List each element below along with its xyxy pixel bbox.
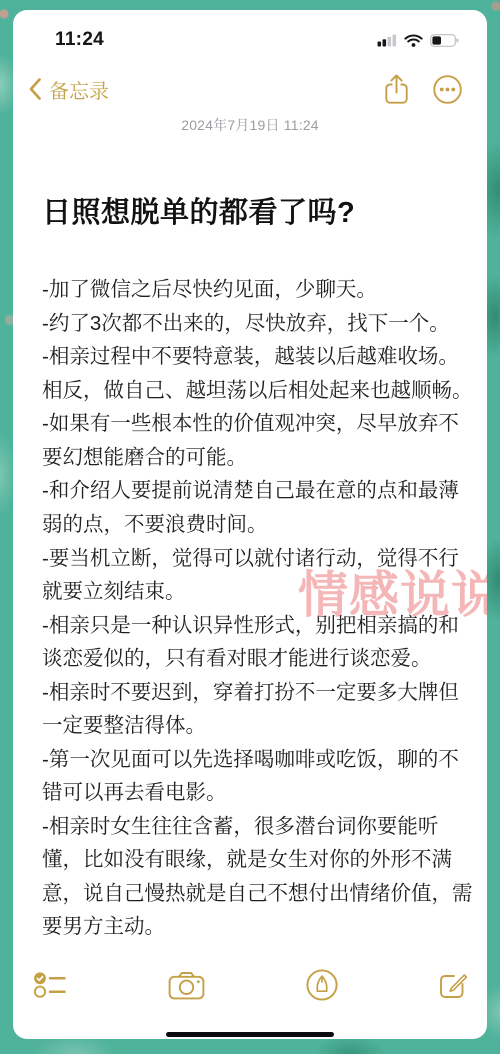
back-button[interactable]: 备忘录 — [28, 75, 109, 104]
status-bar: 11:24 — [13, 10, 487, 54]
note-paragraph: -约了3次都不出来的，尽快放弃，找下一个。 — [42, 307, 473, 341]
share-icon — [383, 73, 410, 106]
camera-button[interactable] — [168, 970, 205, 1000]
note-body: -加了微信之后尽快约见面，少聊天。-约了3次都不出来的，尽快放弃，找下一个。-相… — [42, 273, 473, 944]
cell-signal-icon — [377, 34, 397, 47]
clock-time: 11:24 — [55, 29, 104, 51]
bottom-toolbar — [13, 967, 487, 1003]
note-paragraph: -第一次见面可以先选择喝咖啡或吃饭，聊的不错可以再去看电影。 — [42, 743, 473, 810]
nav-bar: 备忘录 — [13, 70, 487, 108]
battery-icon — [430, 34, 459, 47]
note-paragraph: -相亲时不要迟到，穿着打扮不一定要多大牌但一定要整洁得体。 — [42, 676, 473, 743]
compose-button[interactable] — [438, 970, 469, 1001]
share-button[interactable] — [383, 73, 410, 106]
note-paragraph: -加了微信之后尽快约见面，少聊天。 — [42, 273, 473, 307]
checklist-button[interactable] — [33, 970, 69, 1000]
home-indicator[interactable] — [166, 1032, 334, 1037]
notes-app-screen: 11:24 — [13, 10, 487, 1039]
markup-pen-icon — [305, 968, 339, 1002]
note-date: 2024年7月19日 11:24 — [13, 115, 487, 135]
note-paragraph: -相亲时女生往往含蓄，很多潜台词你要能听懂，比如没有眼缘，就是女生对你的外形不满… — [42, 810, 473, 944]
note-paragraph: -如果有一些根本性的价值观冲突，尽早放弃不要幻想能磨合的可能。 — [42, 407, 473, 474]
note-content[interactable]: 日照想脱单的都看了吗? -加了微信之后尽快约见面，少聊天。-约了3次都不出来的，… — [13, 195, 487, 944]
note-paragraph: -相亲只是一种认识异性形式，别把相亲搞的和谈恋爱似的，只有看对眼才能进行谈恋爱。 — [42, 609, 473, 676]
wifi-icon — [404, 34, 423, 47]
more-circle-icon — [432, 74, 463, 105]
more-button[interactable] — [432, 74, 463, 105]
chevron-left-icon — [28, 77, 42, 101]
note-paragraph: -相亲过程中不要特意装，越装以后越难收场。相反，做自己、越坦荡以后相处起来也越顺… — [42, 340, 473, 407]
compose-icon — [438, 970, 469, 1001]
note-paragraph: -要当机立断，觉得可以就付诸行动，觉得不行就要立刻结束。 — [42, 542, 473, 609]
note-paragraph: -和介绍人要提前说清楚自己最在意的点和最薄弱的点，不要浪费时间。 — [42, 474, 473, 541]
status-icons — [377, 34, 459, 47]
camera-icon — [168, 970, 205, 1000]
markup-button[interactable] — [305, 968, 339, 1002]
note-title: 日照想脱单的都看了吗? — [42, 195, 459, 231]
back-button-label: 备忘录 — [49, 75, 109, 104]
checklist-icon — [33, 970, 69, 1000]
nav-actions — [383, 73, 463, 106]
